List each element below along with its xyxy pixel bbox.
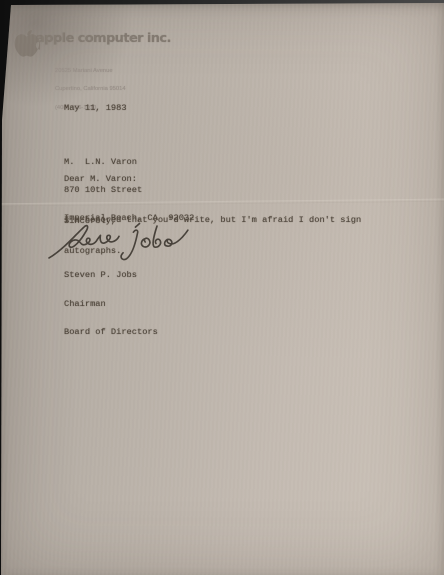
letterhead-address-line: 20525 Mariani Avenue bbox=[55, 68, 126, 74]
salutation: Dear M. Varon: bbox=[64, 175, 137, 184]
letterhead-address-line: Cupertino, California 95014 bbox=[55, 86, 126, 92]
letter-date: May 11, 1983 bbox=[64, 104, 127, 113]
scanned-letter-photo: apple computer inc. 20525 Mariani Avenue… bbox=[0, 0, 444, 575]
signer-name: Steven P. Jobs bbox=[64, 271, 158, 280]
signer-block: Steven P. Jobs Chairman Board of Directo… bbox=[64, 253, 158, 356]
signer-org: Board of Directors bbox=[64, 328, 158, 337]
signer-title: Chairman bbox=[64, 300, 158, 309]
letter-paper: apple computer inc. 20525 Mariani Avenue… bbox=[0, 0, 444, 575]
company-logotype: apple computer inc. bbox=[36, 31, 171, 46]
letterhead-address: 20525 Mariani Avenue Cupertino, Californ… bbox=[55, 55, 126, 124]
recipient-line: M. L.N. Varon bbox=[64, 158, 194, 167]
